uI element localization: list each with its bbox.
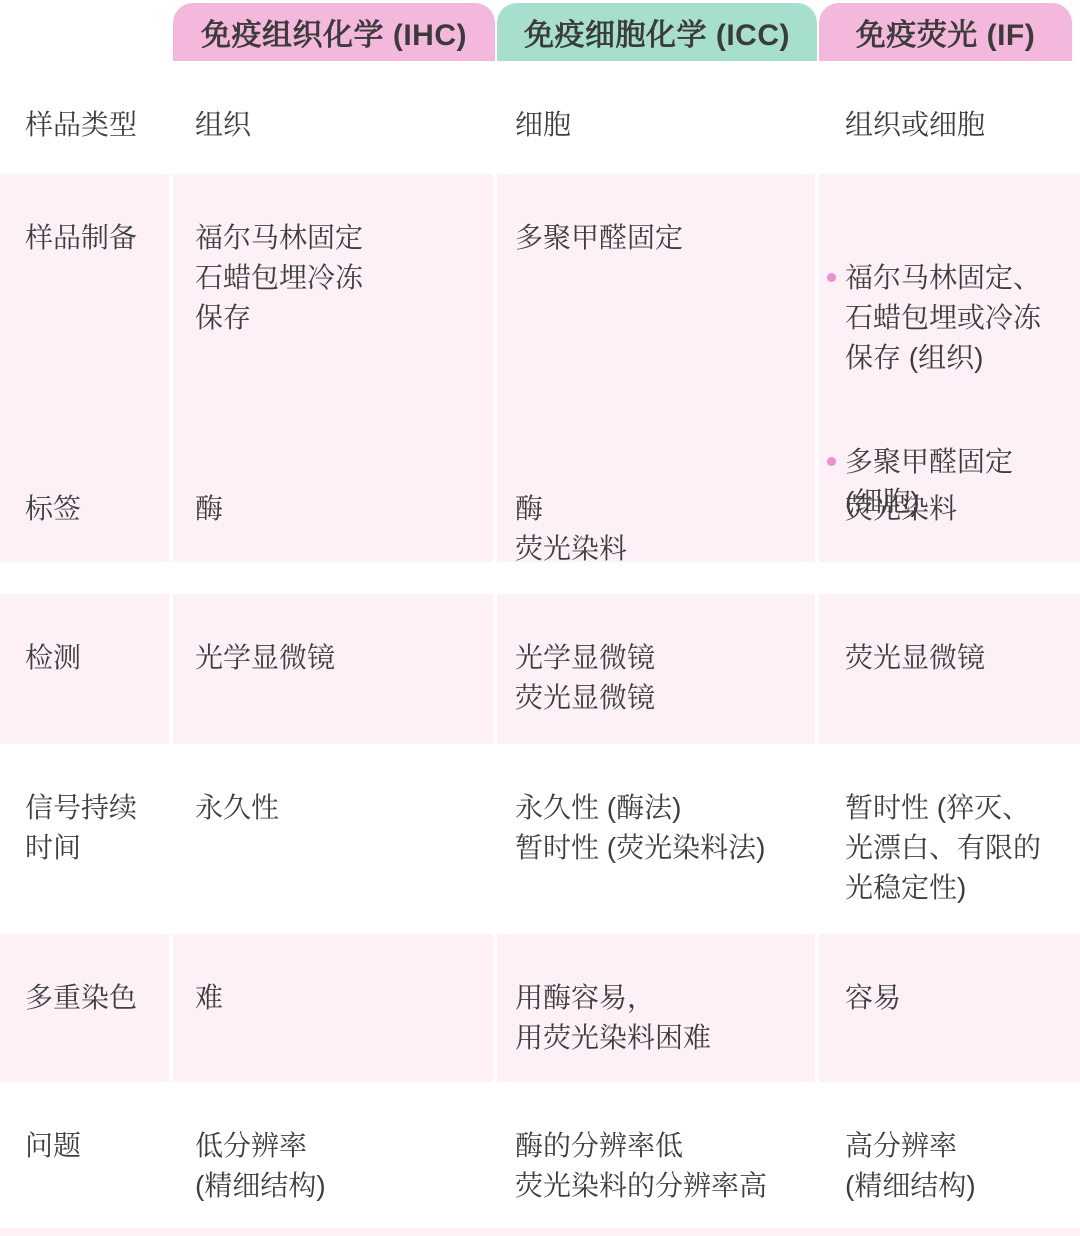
cell-ihc: 难: [173, 934, 493, 1082]
next-row-partial: [0, 1228, 1080, 1236]
cell-ihc: 低分辨率 (精细结构): [173, 1082, 493, 1228]
table-header-row: 免疫组织化学 (IHC) 免疫细胞化学 (ICC) 免疫荧光 (IF): [173, 3, 1080, 61]
column-header-if: 免疫荧光 (IF): [819, 3, 1072, 61]
table-row-label-type: 标签 酶 酶 荧光染料 荧光染料: [0, 445, 1080, 594]
cell-if: 暂时性 (猝灭、 光漂白、有限的 光稳定性): [819, 744, 1080, 934]
table-row-signal-duration: 信号持续 时间 永久性 永久性 (酶法) 暂时性 (荧光染料法) 暂时性 (猝灭…: [0, 744, 1080, 934]
table-row-sample-type: 样品类型 组织 细胞 组织或细胞: [0, 61, 1080, 174]
list-item: 福尔马林固定、 石蜡包埋或冷冻 保存 (组织): [827, 258, 1074, 378]
cell-ihc: 光学显微镜: [173, 594, 493, 744]
table-row-multiplex-staining: 多重染色 难 用酶容易， 用荧光染料困难 容易: [0, 934, 1080, 1082]
table-row-issues: 问题 低分辨率 (精细结构) 酶的分辨率低 荧光染料的分辨率高 高分辨率 (精细…: [0, 1082, 1080, 1228]
list-item-text: 福尔马林固定、 石蜡包埋或冷冻 保存 (组织): [845, 258, 1041, 378]
cell-icc: 细胞: [497, 61, 815, 174]
row-label: 样品类型: [0, 61, 169, 174]
cell-ihc: 永久性: [173, 744, 493, 934]
comparison-table: 免疫组织化学 (IHC) 免疫细胞化学 (ICC) 免疫荧光 (IF) 样品类型…: [0, 0, 1080, 1236]
cell-icc: 光学显微镜 荧光显微镜: [497, 594, 815, 744]
table-row-sample-prep: 样品制备 福尔马林固定 石蜡包埋冷冻 保存 多聚甲醛固定 福尔马林固定、 石蜡包…: [0, 174, 1080, 445]
cell-ihc: 组织: [173, 61, 493, 174]
cell-icc: 永久性 (酶法) 暂时性 (荧光染料法): [497, 744, 815, 934]
cell-if: 荧光染料: [819, 445, 1080, 594]
row-label: 多重染色: [0, 934, 169, 1082]
row-label: 信号持续 时间: [0, 744, 169, 934]
row-label: 检测: [0, 594, 169, 744]
row-label: 问题: [0, 1082, 169, 1228]
cell-if: 组织或细胞: [819, 61, 1080, 174]
cell-if: 容易: [819, 934, 1080, 1082]
cell-ihc: 酶: [173, 445, 493, 594]
cell-icc: 酶 荧光染料: [497, 445, 815, 594]
cell-if: 高分辨率 (精细结构): [819, 1082, 1080, 1228]
column-header-ihc: 免疫组织化学 (IHC): [173, 3, 495, 61]
cell-icc: 酶的分辨率低 荧光染料的分辨率高: [497, 1082, 815, 1228]
column-header-icc: 免疫细胞化学 (ICC): [497, 3, 817, 61]
table-row-detection: 检测 光学显微镜 光学显微镜 荧光显微镜 荧光显微镜: [0, 594, 1080, 744]
row-label: 标签: [0, 445, 169, 594]
cell-icc: 用酶容易， 用荧光染料困难: [497, 934, 815, 1082]
bullet-icon: [827, 273, 836, 282]
cell-if: 荧光显微镜: [819, 594, 1080, 744]
